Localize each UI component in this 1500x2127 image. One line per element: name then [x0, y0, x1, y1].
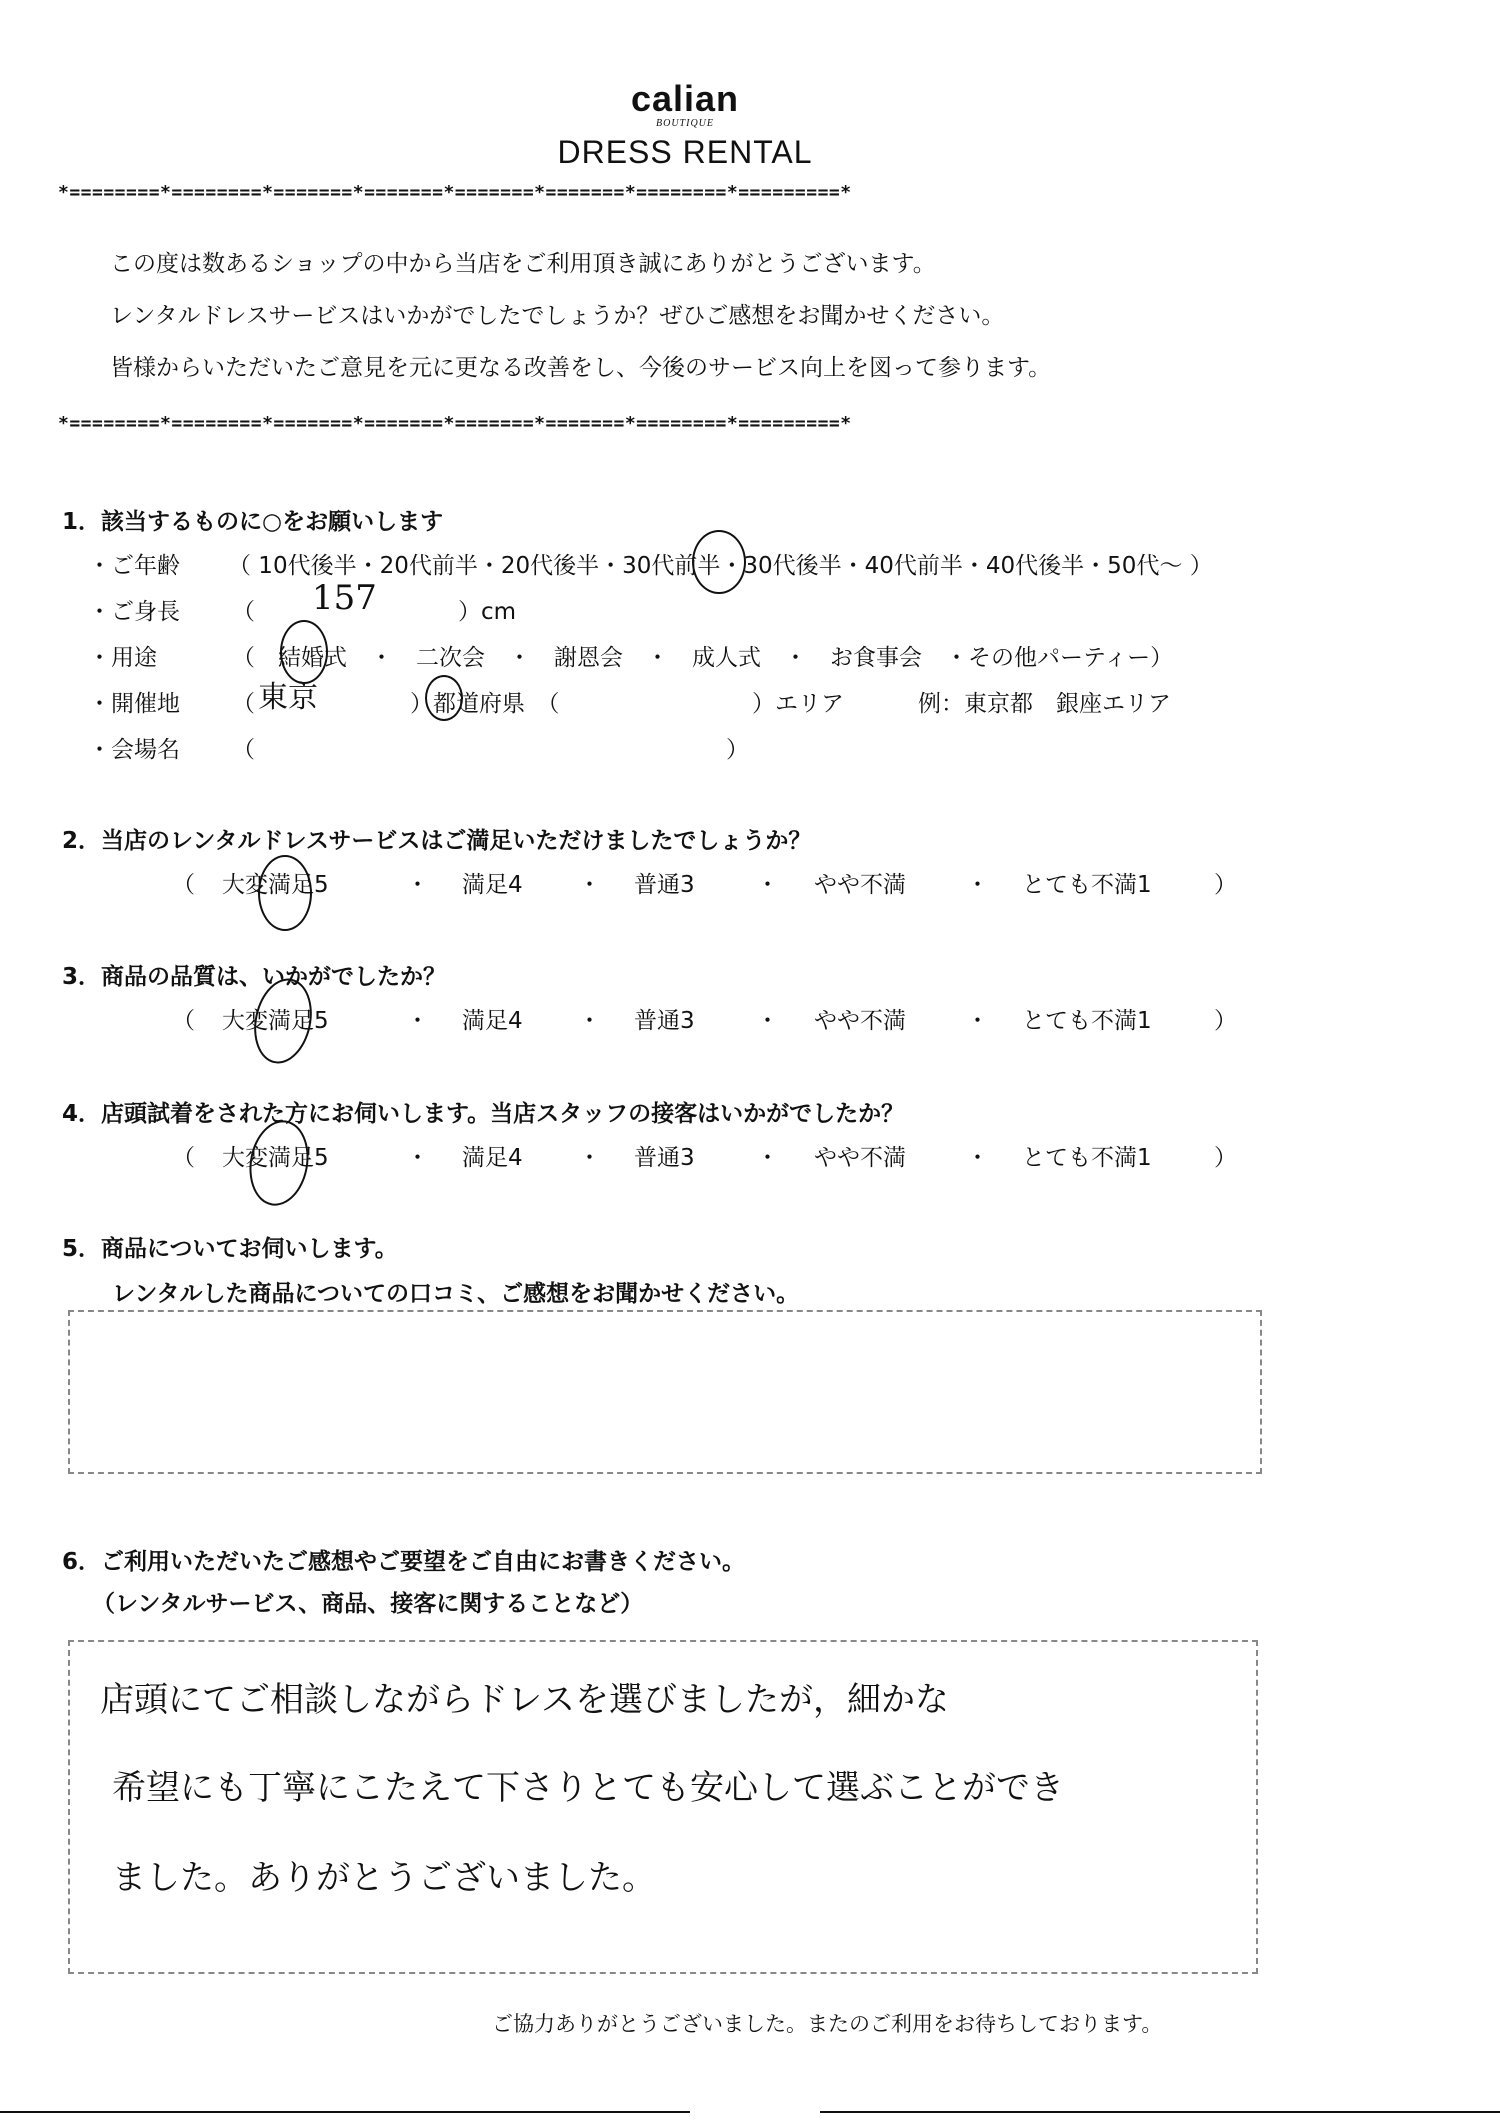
separator-top: *========*========*=======*=======*=====… — [58, 182, 1358, 203]
q2-close-paren: ） — [1214, 866, 1237, 899]
purpose-label: ・用途 — [88, 639, 157, 672]
q6-title: 6．ご利用いただいたご感想やご要望をご自由にお書きください。 — [62, 1543, 745, 1576]
footer-thanks: ご協力ありがとうございました。またのご利用をお待ちしております。 — [492, 2008, 1162, 2038]
q2-dot: ・ — [406, 866, 429, 899]
prefecture-selected-circle — [425, 675, 463, 721]
q3-close-paren: ） — [1214, 1002, 1237, 1035]
q3-option-satisfied[interactable]: 満足4 — [462, 1002, 523, 1035]
intro-line-1: この度は数あるショップの中から当店をご利用頂き誠にありがとうございます。 — [110, 245, 936, 278]
q3-option-neutral[interactable]: 普通3 — [634, 1002, 695, 1035]
venue-input[interactable] — [300, 731, 700, 759]
q4-title: 4．店頭試着をされた方にお伺いします。当店スタッフの接客はいかがでしたか？ — [62, 1095, 904, 1128]
q2-dot: ・ — [966, 866, 989, 899]
q4-close-paren: ） — [1214, 1139, 1237, 1172]
height-unit: ）cm — [458, 593, 516, 626]
location-example: 例：東京都 銀座エリア — [918, 685, 1171, 718]
location-open-paren: （ — [232, 685, 255, 718]
footer-rule-left — [0, 2111, 690, 2113]
q2-option-satisfied[interactable]: 満足4 — [462, 866, 523, 899]
height-label: ・ご身長 — [88, 593, 180, 626]
q3-option-very-dissatisfied[interactable]: とても不満1 — [1022, 1002, 1152, 1035]
venue-close-paren: ） — [726, 731, 749, 764]
q6-answer-line-1: 店頭にてご相談しながらドレスを選びましたが，細かな — [100, 1672, 949, 1721]
q2-option-slightly-dissatisfied[interactable]: やや不満 — [814, 866, 906, 899]
q3-dot: ・ — [578, 1002, 601, 1035]
q2-title: 2．当店のレンタルドレスサービスはご満足いただけましたでしょうか？ — [62, 822, 811, 855]
separator-bottom: *========*========*=======*=======*=====… — [58, 413, 1358, 434]
q3-title: 3．商品の品質は、いかがでしたか？ — [62, 958, 446, 991]
q3-dot: ・ — [756, 1002, 779, 1035]
location-label: ・開催地 — [88, 685, 180, 718]
q2-dot: ・ — [578, 866, 601, 899]
age-selected-circle — [692, 530, 746, 594]
q6-answer-line-2: 希望にも丁寧にこたえて下さりとても安心して選ぶことができ — [112, 1760, 1064, 1809]
purpose-options[interactable]: （ 結婚式 ・ 二次会 ・ 謝恩会 ・ 成人式 ・ お食事会 ・その他パーティー… — [232, 639, 1173, 672]
q4-dot: ・ — [406, 1139, 429, 1172]
prefecture-input[interactable]: 東京 — [258, 672, 318, 716]
venue-label: ・会場名 — [88, 731, 180, 764]
q3-dot: ・ — [966, 1002, 989, 1035]
q6-answer-line-3: ました。ありがとうございました。 — [112, 1850, 656, 1899]
q2-option-very-dissatisfied[interactable]: とても不満1 — [1022, 866, 1152, 899]
q2-dot: ・ — [756, 866, 779, 899]
q4-option-slightly-dissatisfied[interactable]: やや不満 — [814, 1139, 906, 1172]
document-title: DRESS RENTAL — [0, 134, 1370, 171]
q1-title: 1．該当するものに○をお願いします — [62, 503, 443, 536]
q4-option-satisfied[interactable]: 満足4 — [462, 1139, 523, 1172]
q3-open-paren: （ — [172, 1002, 195, 1035]
q4-open-paren: （ — [172, 1139, 195, 1172]
q4-option-neutral[interactable]: 普通3 — [634, 1139, 695, 1172]
q3-option-slightly-dissatisfied[interactable]: やや不満 — [814, 1002, 906, 1035]
q4-selected-circle — [243, 1116, 315, 1211]
q4-dot: ・ — [966, 1139, 989, 1172]
q4-option-very-dissatisfied[interactable]: とても不満1 — [1022, 1139, 1152, 1172]
age-label: ・ご年齢 — [88, 547, 180, 580]
q5-answer-box[interactable] — [68, 1310, 1262, 1474]
q6-subtitle: （レンタルサービス、商品、接客に関することなど） — [92, 1585, 643, 1618]
height-input[interactable]: 157 — [312, 578, 377, 618]
area-suffix: ）エリア — [752, 685, 844, 718]
brand-logo: calian — [0, 78, 1370, 120]
venue-open-paren: （ — [232, 731, 255, 764]
q2-selected-circle — [258, 855, 312, 931]
q5-title: 5．商品についてお伺いします。 — [62, 1230, 398, 1263]
intro-line-2: レンタルドレスサービスはいかがでしたでしょうか？ぜひご感想をお聞かせください。 — [110, 297, 1004, 330]
q4-dot: ・ — [578, 1139, 601, 1172]
q5-subtitle: レンタルした商品についての口コミ、ご感想をお聞かせください。 — [112, 1275, 799, 1308]
footer-rule-right — [820, 2111, 1500, 2113]
intro-line-3: 皆様からいただいたご意見を元に更なる改善をし、今後のサービス向上を図って参ります… — [110, 349, 1051, 382]
q3-dot: ・ — [406, 1002, 429, 1035]
q4-dot: ・ — [756, 1139, 779, 1172]
q5-answer-text — [70, 1312, 1260, 1332]
q2-open-paren: （ — [172, 866, 195, 899]
brand-subtitle: BOUTIQUE — [0, 118, 1370, 129]
height-open-paren: （ — [232, 593, 255, 626]
q2-option-neutral[interactable]: 普通3 — [634, 866, 695, 899]
